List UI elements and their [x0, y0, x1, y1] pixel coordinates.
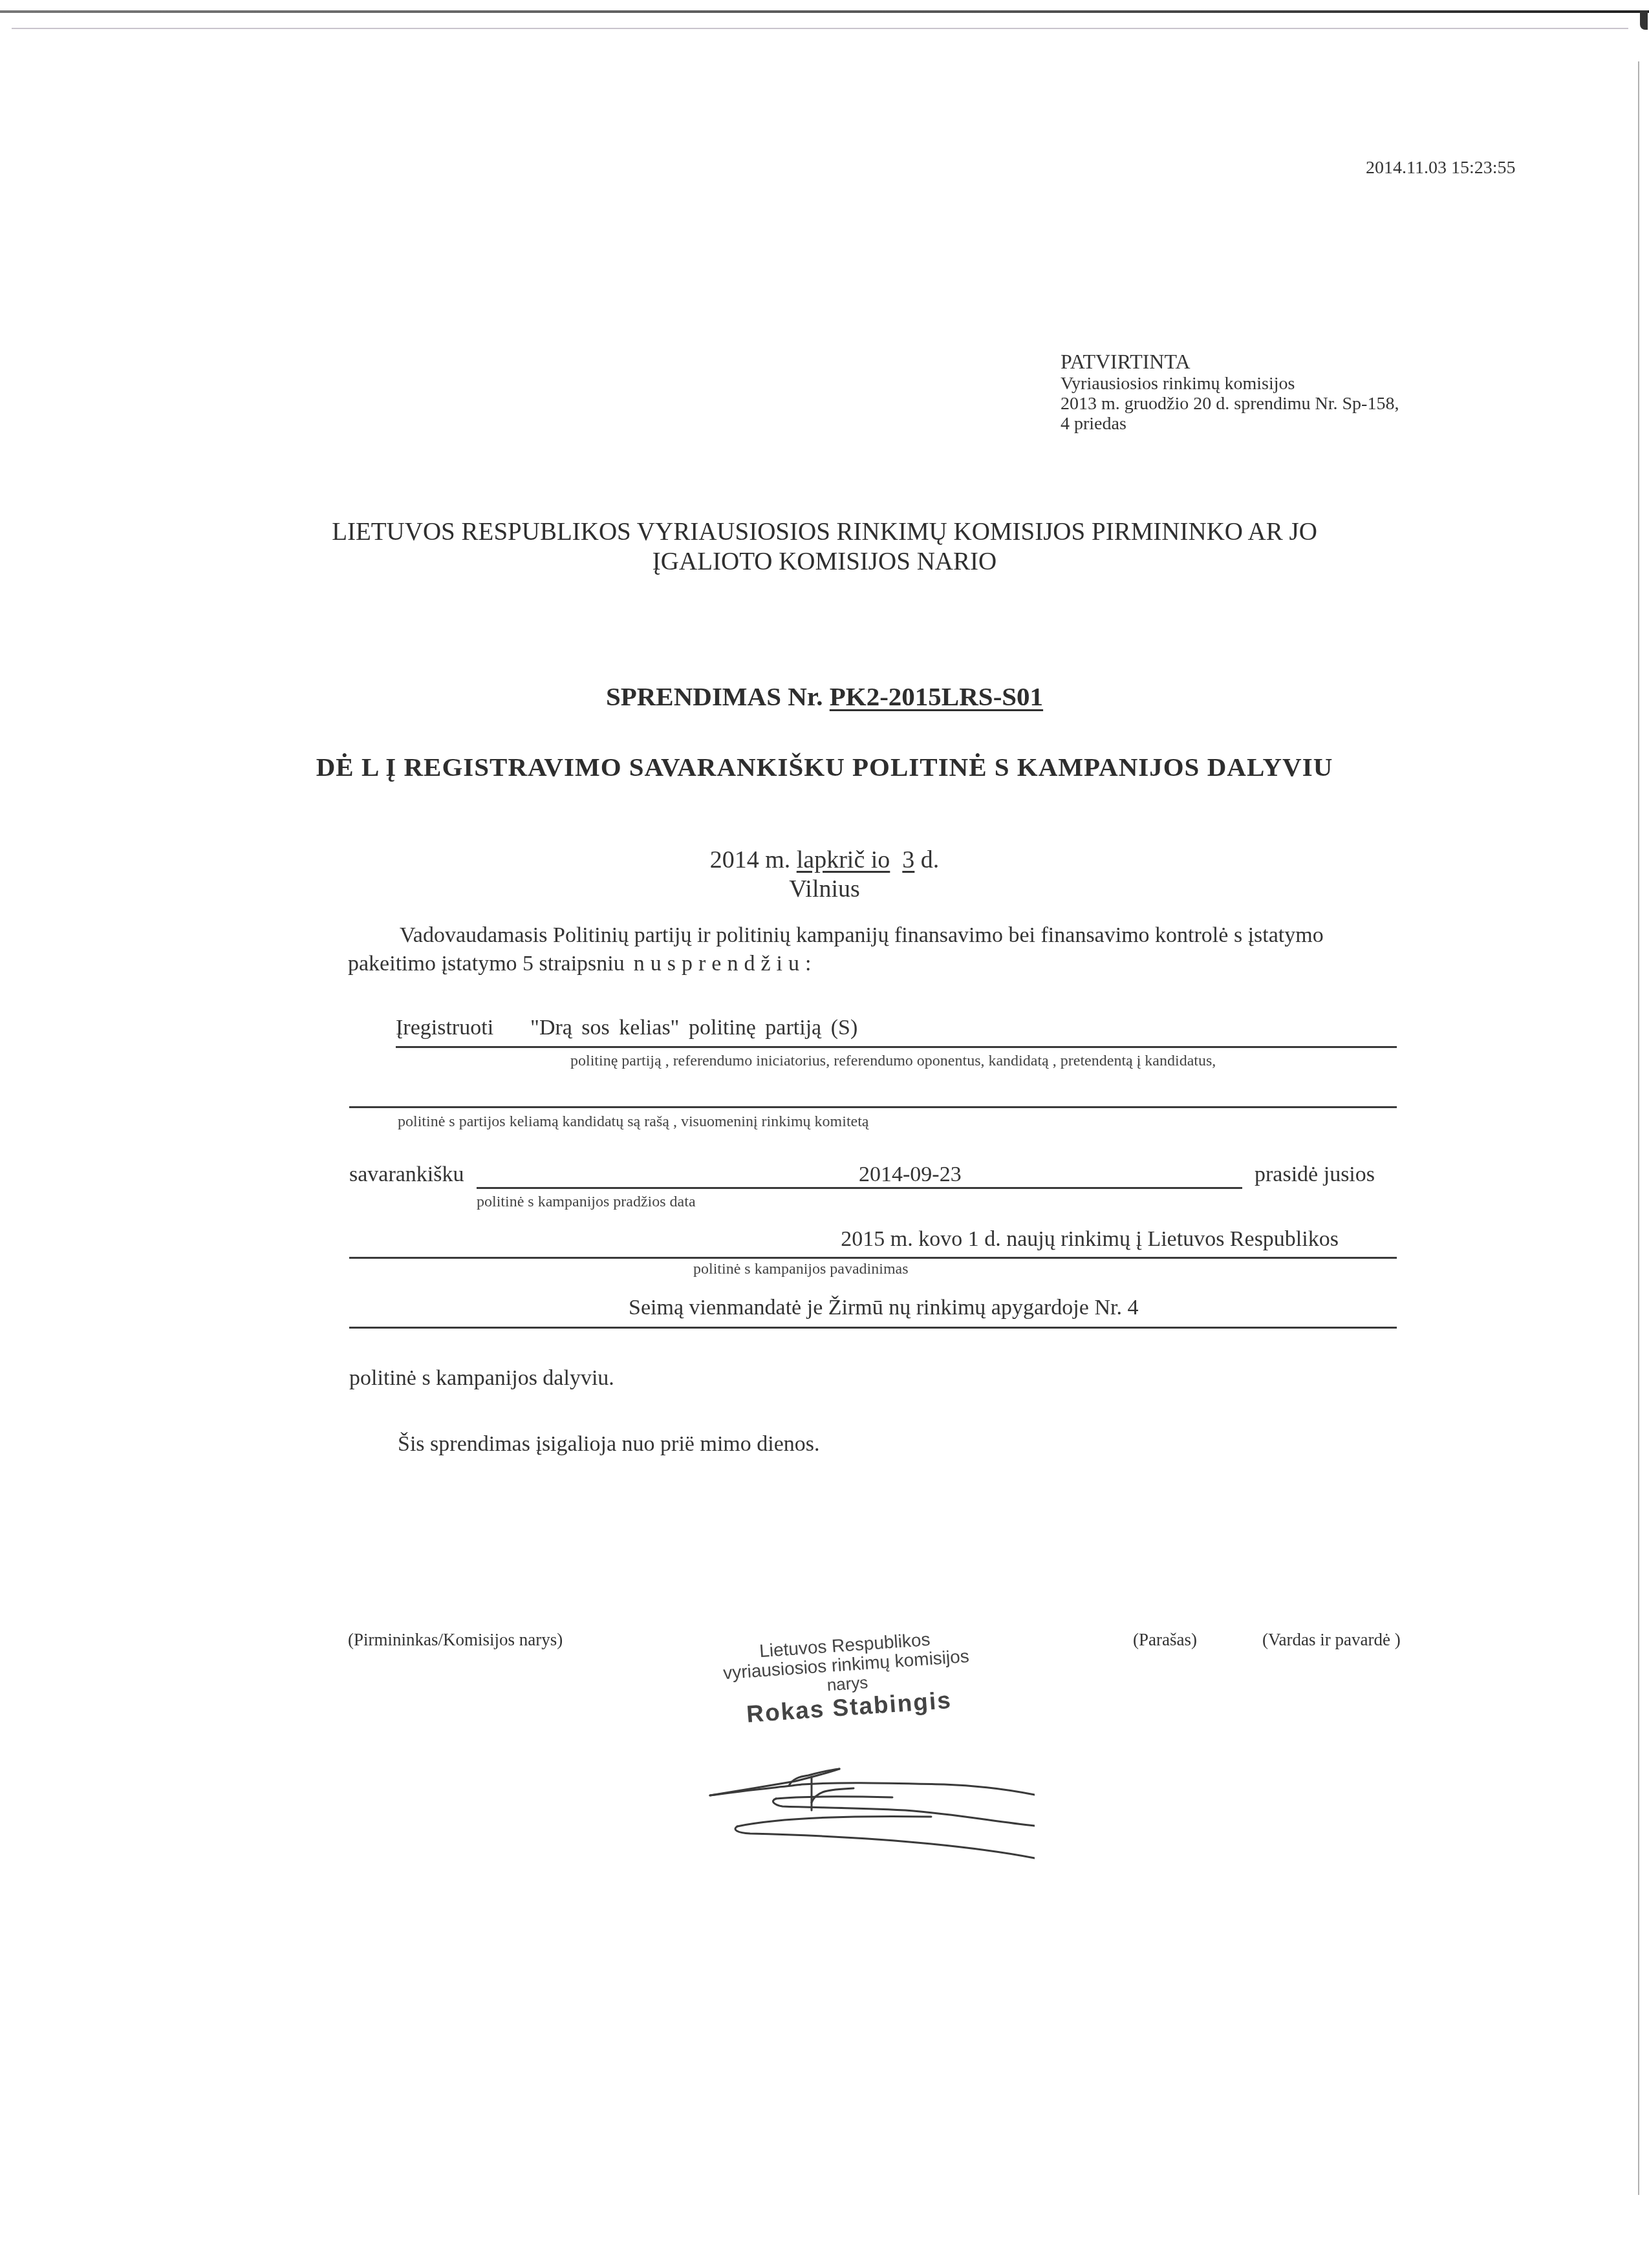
date-day: 3 — [902, 846, 914, 873]
effective-statement: Šis sprendimas įsigalioja nuo prië mimo … — [398, 1432, 820, 1457]
start-date-value: 2014-09-23 — [859, 1162, 962, 1187]
preamble-line-1: Vadovaudamasis Politinių partijų ir poli… — [348, 921, 1467, 950]
approval-block: PATVIRTINTA Vyriausiosios rinkimų komisi… — [1061, 349, 1399, 434]
campaign-name-underline-2 — [349, 1327, 1397, 1329]
handwritten-signature — [673, 1746, 1035, 1862]
scan-border-right — [1638, 61, 1639, 2195]
register-underline — [396, 1046, 1397, 1048]
date-year: 2014 m. — [710, 846, 797, 873]
preamble: Vadovaudamasis Politinių partijų ir poli… — [348, 921, 1467, 978]
started-label: prasidė jusios — [1255, 1162, 1375, 1187]
official-stamp: Lietuvos Respublikos vyriausiosios rinki… — [709, 1627, 986, 1732]
decision-date: 2014 m. lapkrič io 3 d. — [0, 846, 1649, 874]
approval-line-1: Vyriausiosios rinkimų komisijos — [1061, 374, 1399, 394]
name-label: (Vardas ir pavardė ) — [1262, 1630, 1401, 1650]
register-label: Įregistruoti — [396, 1016, 493, 1040]
date-month: lapkrič io — [797, 846, 890, 873]
decision-place: Vilnius — [0, 875, 1649, 903]
independent-label: savarankišku — [349, 1162, 464, 1187]
scan-edge-line — [12, 28, 1628, 29]
decision-heading: SPRENDIMAS Nr. PK2-2015LRS-S01 — [0, 681, 1649, 712]
decision-subject: DĖ L Į REGISTRAVIMO SAVARANKIŠKU POLITIN… — [0, 751, 1649, 782]
institution-line-2: ĮGALIOTO KOMISIJOS NARIO — [0, 547, 1649, 577]
institution-title: LIETUVOS RESPUBLIKOS VYRIAUSIOSIOS RINKI… — [0, 517, 1649, 577]
approval-title: PATVIRTINTA — [1061, 349, 1399, 374]
scan-border-top — [0, 10, 1649, 13]
campaign-name-line-2: Seimą vienmandatė je Žirmū nų rinkimų ap… — [629, 1296, 1138, 1320]
approval-line-2: 2013 m. gruodžio 20 d. sprendimu Nr. Sp-… — [1061, 394, 1399, 414]
scan-corner — [1640, 10, 1648, 30]
participant-label: politinė s kampanijos dalyviu. — [349, 1366, 614, 1391]
date-day-suffix: d. — [914, 846, 939, 873]
approval-line-3: 4 priedas — [1061, 414, 1399, 434]
register-value: "Drą sos kelias" politinę partiją (S) — [530, 1016, 857, 1040]
scan-timestamp: 2014.11.03 15:23:55 — [1366, 158, 1516, 178]
decision-number: PK2-2015LRS-S01 — [830, 681, 1043, 711]
preamble-line-2: pakeitimo įstatymo 5 straipsniu — [348, 952, 625, 976]
signature-label: (Parašas) — [1133, 1630, 1197, 1650]
campaign-name-underline-1 — [349, 1257, 1397, 1259]
register-hint-2: politinė s partijos keliamą kandidatų są… — [398, 1113, 869, 1131]
register-underline-2 — [349, 1106, 1397, 1108]
register-hint-1: politinę partiją , referendumo iniciator… — [570, 1053, 1216, 1070]
preamble-line-2-wrap: pakeitimo įstatymo 5 straipsniunusprendž… — [348, 950, 1467, 978]
role-label: (Pirmininkas/Komisijos narys) — [348, 1630, 563, 1650]
campaign-name-hint: politinė s kampanijos pavadinimas — [693, 1261, 909, 1278]
campaign-name-line-1-wrap: 2015 m. kovo 1 d. naujų rinkimų į Lietuv… — [0, 1227, 1339, 1252]
start-date-hint: politinė s kampanijos pradžios data — [477, 1193, 696, 1211]
campaign-name-line-1: 2015 m. kovo 1 d. naujų rinkimų į Lietuv… — [841, 1227, 1339, 1251]
institution-line-1: LIETUVOS RESPUBLIKOS VYRIAUSIOSIOS RINKI… — [0, 517, 1649, 547]
start-date-underline — [477, 1187, 1242, 1189]
decision-prefix: SPRENDIMAS Nr. — [606, 681, 830, 711]
preamble-decide: nusprendžiu: — [634, 952, 817, 976]
